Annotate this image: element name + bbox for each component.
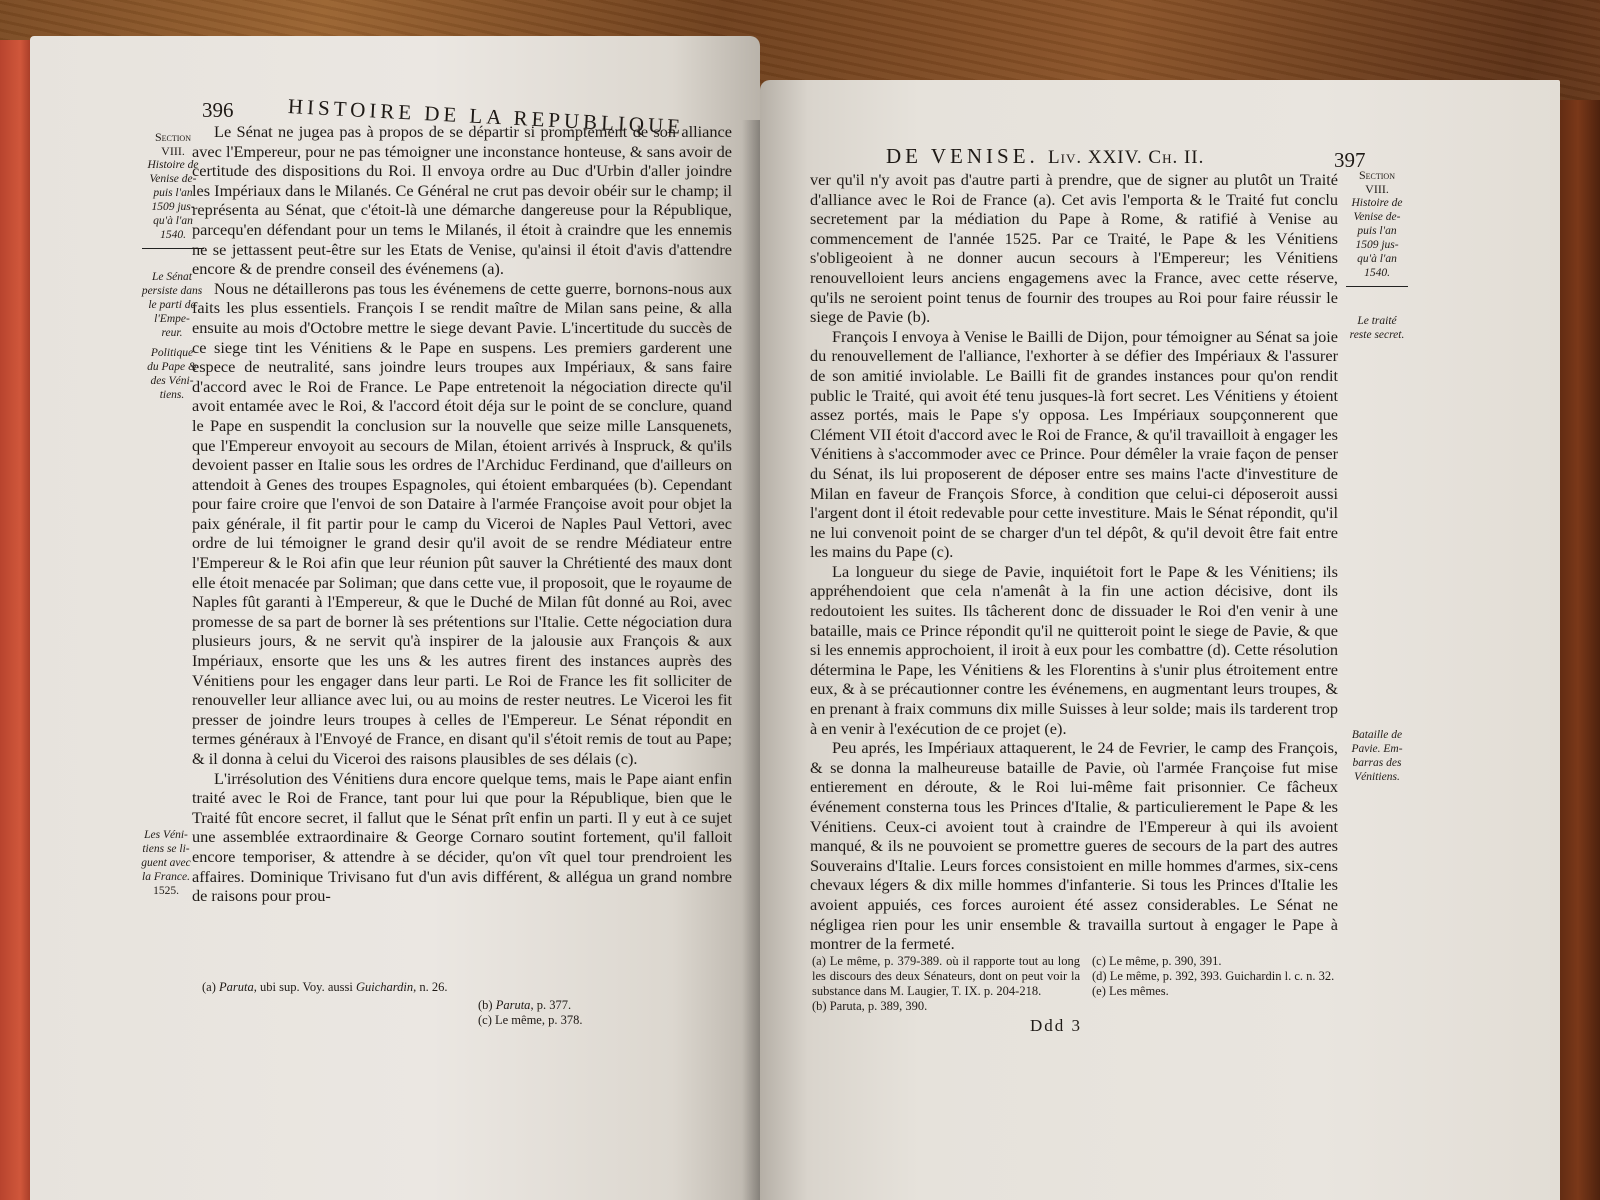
paragraph: ver qu'il n'y avoit pas d'autre parti à …: [810, 170, 1338, 327]
running-head: DE VENISE. Liv. XXIV. Ch. II.: [886, 144, 1204, 169]
footnote-c: (c) Le même, p. 378.: [478, 1013, 678, 1028]
book-cover-left-edge: [0, 40, 34, 1200]
margin-rule: [1346, 286, 1408, 287]
footnote-b: (b) Paruta, p. 389, 390.: [812, 999, 1080, 1014]
margin-note-section: Section VIII. Histoire de Venise de- pui…: [1342, 168, 1412, 293]
left-page-body: Le Sénat ne jugea pas à propos de se dép…: [192, 122, 732, 906]
footnote-a: (a) Paruta, ubi sup. Voy. aussi Guichard…: [202, 980, 452, 995]
paragraph: Nous ne détaillerons pas tous les événem…: [192, 279, 732, 769]
right-page-body: ver qu'il n'y avoit pas d'autre parti à …: [810, 170, 1338, 954]
left-page: 396 HISTOIRE DE LA REPUBLIQUE Section VI…: [30, 36, 760, 1200]
left-page-footnotes: (a) Paruta, ubi sup. Voy. aussi Guichard…: [202, 980, 742, 1040]
footnote-c: (c) Le même, p. 390, 391.: [1092, 954, 1342, 969]
paragraph: Le Sénat ne jugea pas à propos de se dép…: [192, 122, 732, 279]
footnote-column-left: (a) Le même, p. 379-389. où il rapporte …: [812, 954, 1080, 1014]
footnote-column-right: (c) Le même, p. 390, 391. (d) Le même, p…: [1092, 954, 1342, 999]
paragraph: Peu aprés, les Impériaux attaquerent, le…: [810, 738, 1338, 954]
page-number: 396: [202, 98, 234, 123]
printer-signature-mark: Ddd 3: [1030, 1016, 1082, 1036]
footnote-a: (a) Le même, p. 379-389. où il rapporte …: [812, 954, 1080, 999]
margin-note-bataille-pavie: Bataille de Pavie. Em- barras des Véniti…: [1342, 728, 1412, 784]
paragraph: L'irrésolution des Vénitiens dura encore…: [192, 769, 732, 906]
footnote-d: (d) Le même, p. 392, 393. Guichardin l. …: [1092, 969, 1342, 984]
book-cover-right-edge: [1556, 100, 1600, 1200]
footnote-b: (b) Paruta, p. 377.: [478, 998, 678, 1013]
right-page: DE VENISE. Liv. XXIV. Ch. II. 397 Sectio…: [760, 80, 1560, 1200]
paragraph: La longueur du siege de Pavie, inquiétoi…: [810, 562, 1338, 738]
footnote-e: (e) Les mêmes.: [1092, 984, 1342, 999]
paragraph: François I envoya à Venise le Bailli de …: [810, 327, 1338, 562]
margin-note-traite-secret: Le traité reste secret.: [1342, 314, 1412, 342]
